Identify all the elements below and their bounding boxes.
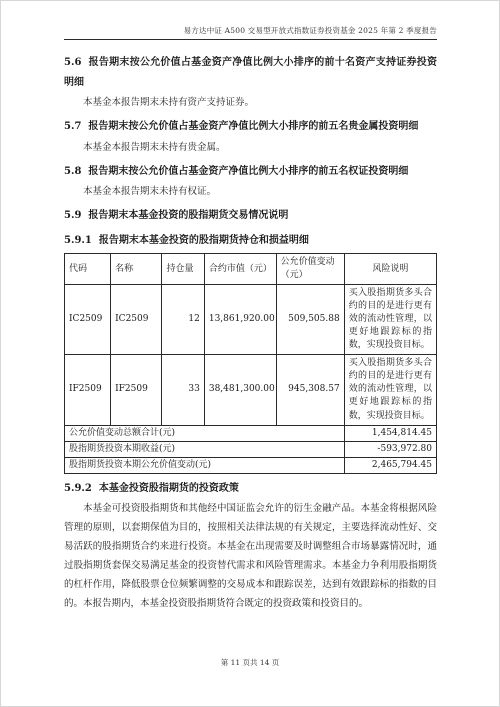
section-number: 5.9 <box>64 210 81 221</box>
summary-label: 股指期货投资本期公允价值变动(元) <box>65 457 345 473</box>
futures-holdings-table: 代码 名称 持仓量 合约市值（元） 公允价值变动（元） 风险说明 IC2509 … <box>64 253 437 474</box>
section-heading-5-9-2: 5.9.2本基金投资股指期货的投资政策 <box>64 479 437 499</box>
cell-code: IC2509 <box>65 285 111 355</box>
table-row: IC2509 IC2509 12 13,861,920.00 509,505.8… <box>65 285 437 355</box>
cell-market-value: 13,861,920.00 <box>204 285 276 355</box>
section-heading-5-8: 5.8报告期末按公允价值占基金资产净值比例大小排序的前五名权证投资明细 <box>64 162 437 182</box>
col-header-code: 代码 <box>65 254 111 285</box>
section-title: 报告期末按公允价值占基金资产净值比例大小排序的前五名贵金属投资明细 <box>88 121 418 132</box>
section-body-5-7: 本基金本报告期末未持有贵金属。 <box>64 138 437 157</box>
section-heading-5-9-1: 5.9.1报告期末本基金投资的股指期货持仓和损益明细 <box>64 231 437 251</box>
col-header-name: 名称 <box>111 254 162 285</box>
page-number: 第 11 页共 14 页 <box>1 657 499 668</box>
section-number: 5.7 <box>64 121 81 132</box>
report-title: 易方达中证 A500 交易型开放式指数证券投资基金 2025 年第 2 季度报告 <box>184 26 437 35</box>
section-heading-5-6: 5.6报告期末按公允价值占基金资产净值比例大小排序的前十名资产支持证券投资明细 <box>64 53 437 92</box>
col-header-qty: 持仓量 <box>162 254 204 285</box>
section-number: 5.8 <box>64 166 81 177</box>
cell-name: IC2509 <box>111 285 162 355</box>
section-title: 本基金投资股指期货的投资政策 <box>99 483 239 494</box>
cell-fv-change: 509,505.88 <box>276 285 344 355</box>
summary-row-period-fv-change: 股指期货投资本期公允价值变动(元) 2,465,794.45 <box>65 457 437 473</box>
section-title: 报告期末本基金投资的股指期货交易情况说明 <box>88 210 288 221</box>
summary-label: 股指期货投资本期收益(元) <box>65 441 345 457</box>
section-body-5-6: 本基金本报告期末未持有资产支持证券。 <box>64 93 437 112</box>
cell-qty: 12 <box>162 285 204 355</box>
report-page: 易方达中证 A500 交易型开放式指数证券投资基金 2025 年第 2 季度报告… <box>0 0 500 707</box>
section-number: 5.6 <box>64 57 81 68</box>
cell-code: IF2509 <box>65 355 111 425</box>
section-body-5-9-2: 本基金可投资股指期货和其他经中国证监会允许的衍生金融产品。本基金将根据风险管理的… <box>64 499 437 613</box>
table-header-row: 代码 名称 持仓量 合约市值（元） 公允价值变动（元） 风险说明 <box>65 254 437 285</box>
summary-label: 公允价值变动总额合计(元) <box>65 425 345 441</box>
summary-value: -593,972.80 <box>344 441 436 457</box>
cell-market-value: 38,481,300.00 <box>204 355 276 425</box>
col-header-risk: 风险说明 <box>344 254 436 285</box>
section-number: 5.9.1 <box>64 235 92 246</box>
summary-row-total-fv-change: 公允价值变动总额合计(元) 1,454,814.45 <box>65 425 437 441</box>
summary-value: 1,454,814.45 <box>344 425 436 441</box>
section-title: 报告期末本基金投资的股指期货持仓和损益明细 <box>99 235 309 246</box>
table-row: IF2509 IF2509 33 38,481,300.00 945,308.5… <box>65 355 437 425</box>
section-heading-5-9: 5.9报告期末本基金投资的股指期货交易情况说明 <box>64 206 437 226</box>
cell-fv-change: 945,308.57 <box>276 355 344 425</box>
cell-risk: 买入股指期货多头合约的目的是进行更有效的流动性管理，以更好地跟踪标的指数，实现投… <box>344 285 436 355</box>
section-heading-5-7: 5.7报告期末按公允价值占基金资产净值比例大小排序的前五名贵金属投资明细 <box>64 117 437 137</box>
cell-qty: 33 <box>162 355 204 425</box>
section-number: 5.9.2 <box>64 483 92 494</box>
section-title: 报告期末按公允价值占基金资产净值比例大小排序的前五名权证投资明细 <box>88 166 408 177</box>
section-title: 报告期末按公允价值占基金资产净值比例大小排序的前十名资产支持证券投资明细 <box>64 57 437 88</box>
running-header: 易方达中证 A500 交易型开放式指数证券投资基金 2025 年第 2 季度报告 <box>64 25 437 40</box>
summary-value: 2,465,794.45 <box>344 457 436 473</box>
cell-name: IF2509 <box>111 355 162 425</box>
section-body-5-8: 本基金本报告期末未持有权证。 <box>64 182 437 201</box>
summary-row-period-income: 股指期货投资本期收益(元) -593,972.80 <box>65 441 437 457</box>
col-header-market-value: 合约市值（元） <box>204 254 276 285</box>
cell-risk: 买入股指期货多头合约的目的是进行更有效的流动性管理，以更好地跟踪标的指数，实现投… <box>344 355 436 425</box>
col-header-fv-change: 公允价值变动（元） <box>276 254 344 285</box>
